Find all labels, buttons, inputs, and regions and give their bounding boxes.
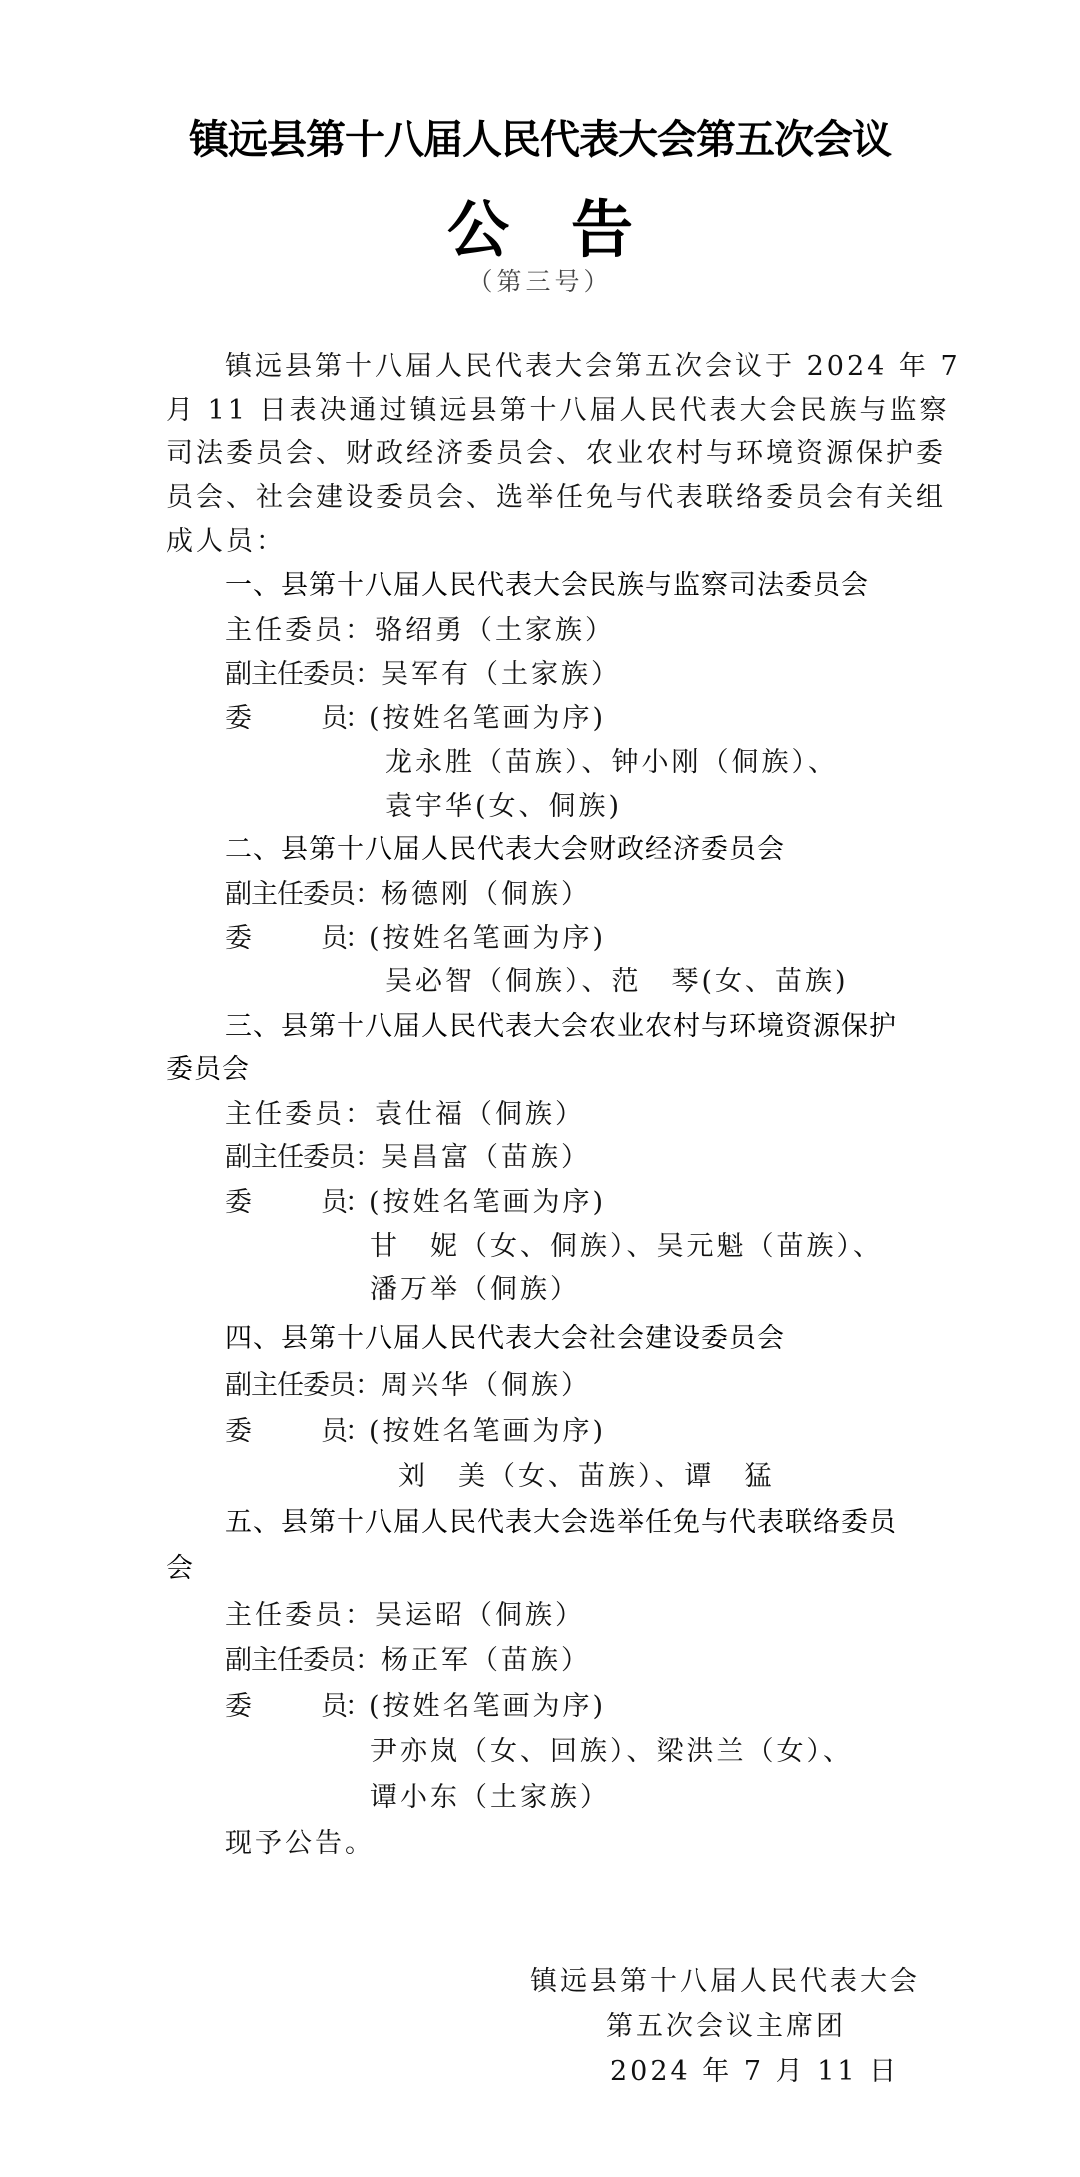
- vice-chair-row: 副主任委员：周兴华（侗族）: [225, 1368, 591, 1404]
- vice-chair-name: 杨正军（苗族）: [381, 1645, 591, 1676]
- vice-chair-row: 副主任委员：吴军有（土家族）: [225, 657, 621, 693]
- members-row: 委 员：(按姓名笔画为序): [225, 921, 606, 957]
- members-note: (按姓名笔画为序): [369, 1187, 606, 1218]
- intro-line: 员会、社会建设委员会、选举任免与代表联络委员会有关组: [166, 480, 946, 516]
- members-label: 委 员：: [225, 1691, 369, 1722]
- intro-line: 成人员：: [166, 524, 286, 560]
- vice-chair-name: 杨德刚（侗族）: [381, 879, 591, 910]
- vice-chair-name: 周兴华（侗族）: [381, 1370, 591, 1401]
- chair-row: 主任委员：骆绍勇（土家族）: [225, 613, 615, 649]
- document-title: 镇远县第十八届人民代表大会第五次会议: [0, 108, 1080, 165]
- members-row: 委 员：(按姓名笔画为序): [225, 1689, 606, 1725]
- chair-label: 主任委员：: [225, 1600, 375, 1631]
- members-line: 甘 妮（女、侗族）、吴元魁（苗族）、: [370, 1229, 883, 1265]
- document-number: （第三号）: [0, 262, 1080, 298]
- chair-row: 主任委员：吴运昭（侗族）: [225, 1598, 585, 1634]
- closing-text: 现予公告。: [225, 1826, 375, 1862]
- vice-chair-row: 副主任委员：杨德刚（侗族）: [225, 877, 591, 913]
- section-heading: 一、县第十八届人民代表大会民族与监察司法委员会: [225, 568, 869, 604]
- chair-name: 吴运昭（侗族）: [375, 1600, 585, 1631]
- section-heading: 五、县第十八届人民代表大会选举任免与代表联络委员: [225, 1505, 897, 1541]
- intro-line: 司法委员会、财政经济委员会、农业农村与环境资源保护委: [166, 436, 946, 472]
- members-row: 委 员：(按姓名笔画为序): [225, 1414, 606, 1450]
- signature-date: 2024 年 7 月 11 日: [610, 2054, 899, 2090]
- members-note: (按姓名笔画为序): [369, 923, 606, 954]
- section-heading-cont: 委员会: [166, 1052, 250, 1088]
- vice-chair-row: 副主任委员：杨正军（苗族）: [225, 1643, 591, 1679]
- members-label: 委 员：: [225, 1187, 369, 1218]
- vice-chair-row: 副主任委员：吴昌富（苗族）: [225, 1140, 591, 1176]
- chair-name: 袁仕福（侗族）: [375, 1099, 585, 1130]
- chair-label: 主任委员：: [225, 615, 375, 646]
- section-heading-cont: 会: [166, 1551, 194, 1587]
- vice-chair-label: 副主任委员：: [225, 1645, 381, 1676]
- members-note: (按姓名笔画为序): [369, 1691, 606, 1722]
- chair-label: 主任委员：: [225, 1099, 375, 1130]
- document-subtitle: 公 告: [0, 180, 1080, 269]
- vice-chair-label: 副主任委员：: [225, 1142, 381, 1173]
- vice-chair-name: 吴军有（土家族）: [381, 659, 621, 690]
- intro-line: 镇远县第十八届人民代表大会第五次会议于 2024 年 7: [225, 349, 961, 385]
- members-line: 尹亦岚（女、回族）、梁洪兰（女）、: [370, 1734, 853, 1770]
- members-line: 潘万举（侗族）: [370, 1272, 580, 1308]
- members-line: 吴必智（侗族）、范 琴(女、苗族): [385, 964, 849, 1000]
- chair-row: 主任委员：袁仕福（侗族）: [225, 1097, 585, 1133]
- members-note: (按姓名笔画为序): [369, 1416, 606, 1447]
- members-note: (按姓名笔画为序): [369, 703, 606, 734]
- signature-issuer: 镇远县第十八届人民代表大会: [530, 1964, 920, 2000]
- section-heading: 四、县第十八届人民代表大会社会建设委员会: [225, 1321, 785, 1357]
- members-line: 袁宇华(女、侗族): [385, 789, 622, 825]
- members-line: 谭小东（土家族）: [370, 1780, 610, 1816]
- signature-presidium: 第五次会议主席团: [606, 2009, 846, 2045]
- section-heading: 二、县第十八届人民代表大会财政经济委员会: [225, 832, 785, 868]
- members-line: 刘 美（女、苗族）、谭 猛: [398, 1459, 775, 1495]
- members-label: 委 员：: [225, 923, 369, 954]
- intro-line: 月 11 日表决通过镇远县第十八届人民代表大会民族与监察: [166, 393, 950, 429]
- chair-name: 骆绍勇（土家族）: [375, 615, 615, 646]
- vice-chair-label: 副主任委员：: [225, 879, 381, 910]
- members-line: 龙永胜（苗族）、钟小刚（侗族）、: [385, 745, 838, 781]
- members-row: 委 员：(按姓名笔画为序): [225, 701, 606, 737]
- vice-chair-name: 吴昌富（苗族）: [381, 1142, 591, 1173]
- members-label: 委 员：: [225, 1416, 369, 1447]
- section-heading: 三、县第十八届人民代表大会农业农村与环境资源保护: [225, 1009, 897, 1045]
- members-label: 委 员：: [225, 703, 369, 734]
- members-row: 委 员：(按姓名笔画为序): [225, 1185, 606, 1221]
- vice-chair-label: 副主任委员：: [225, 659, 381, 690]
- vice-chair-label: 副主任委员：: [225, 1370, 381, 1401]
